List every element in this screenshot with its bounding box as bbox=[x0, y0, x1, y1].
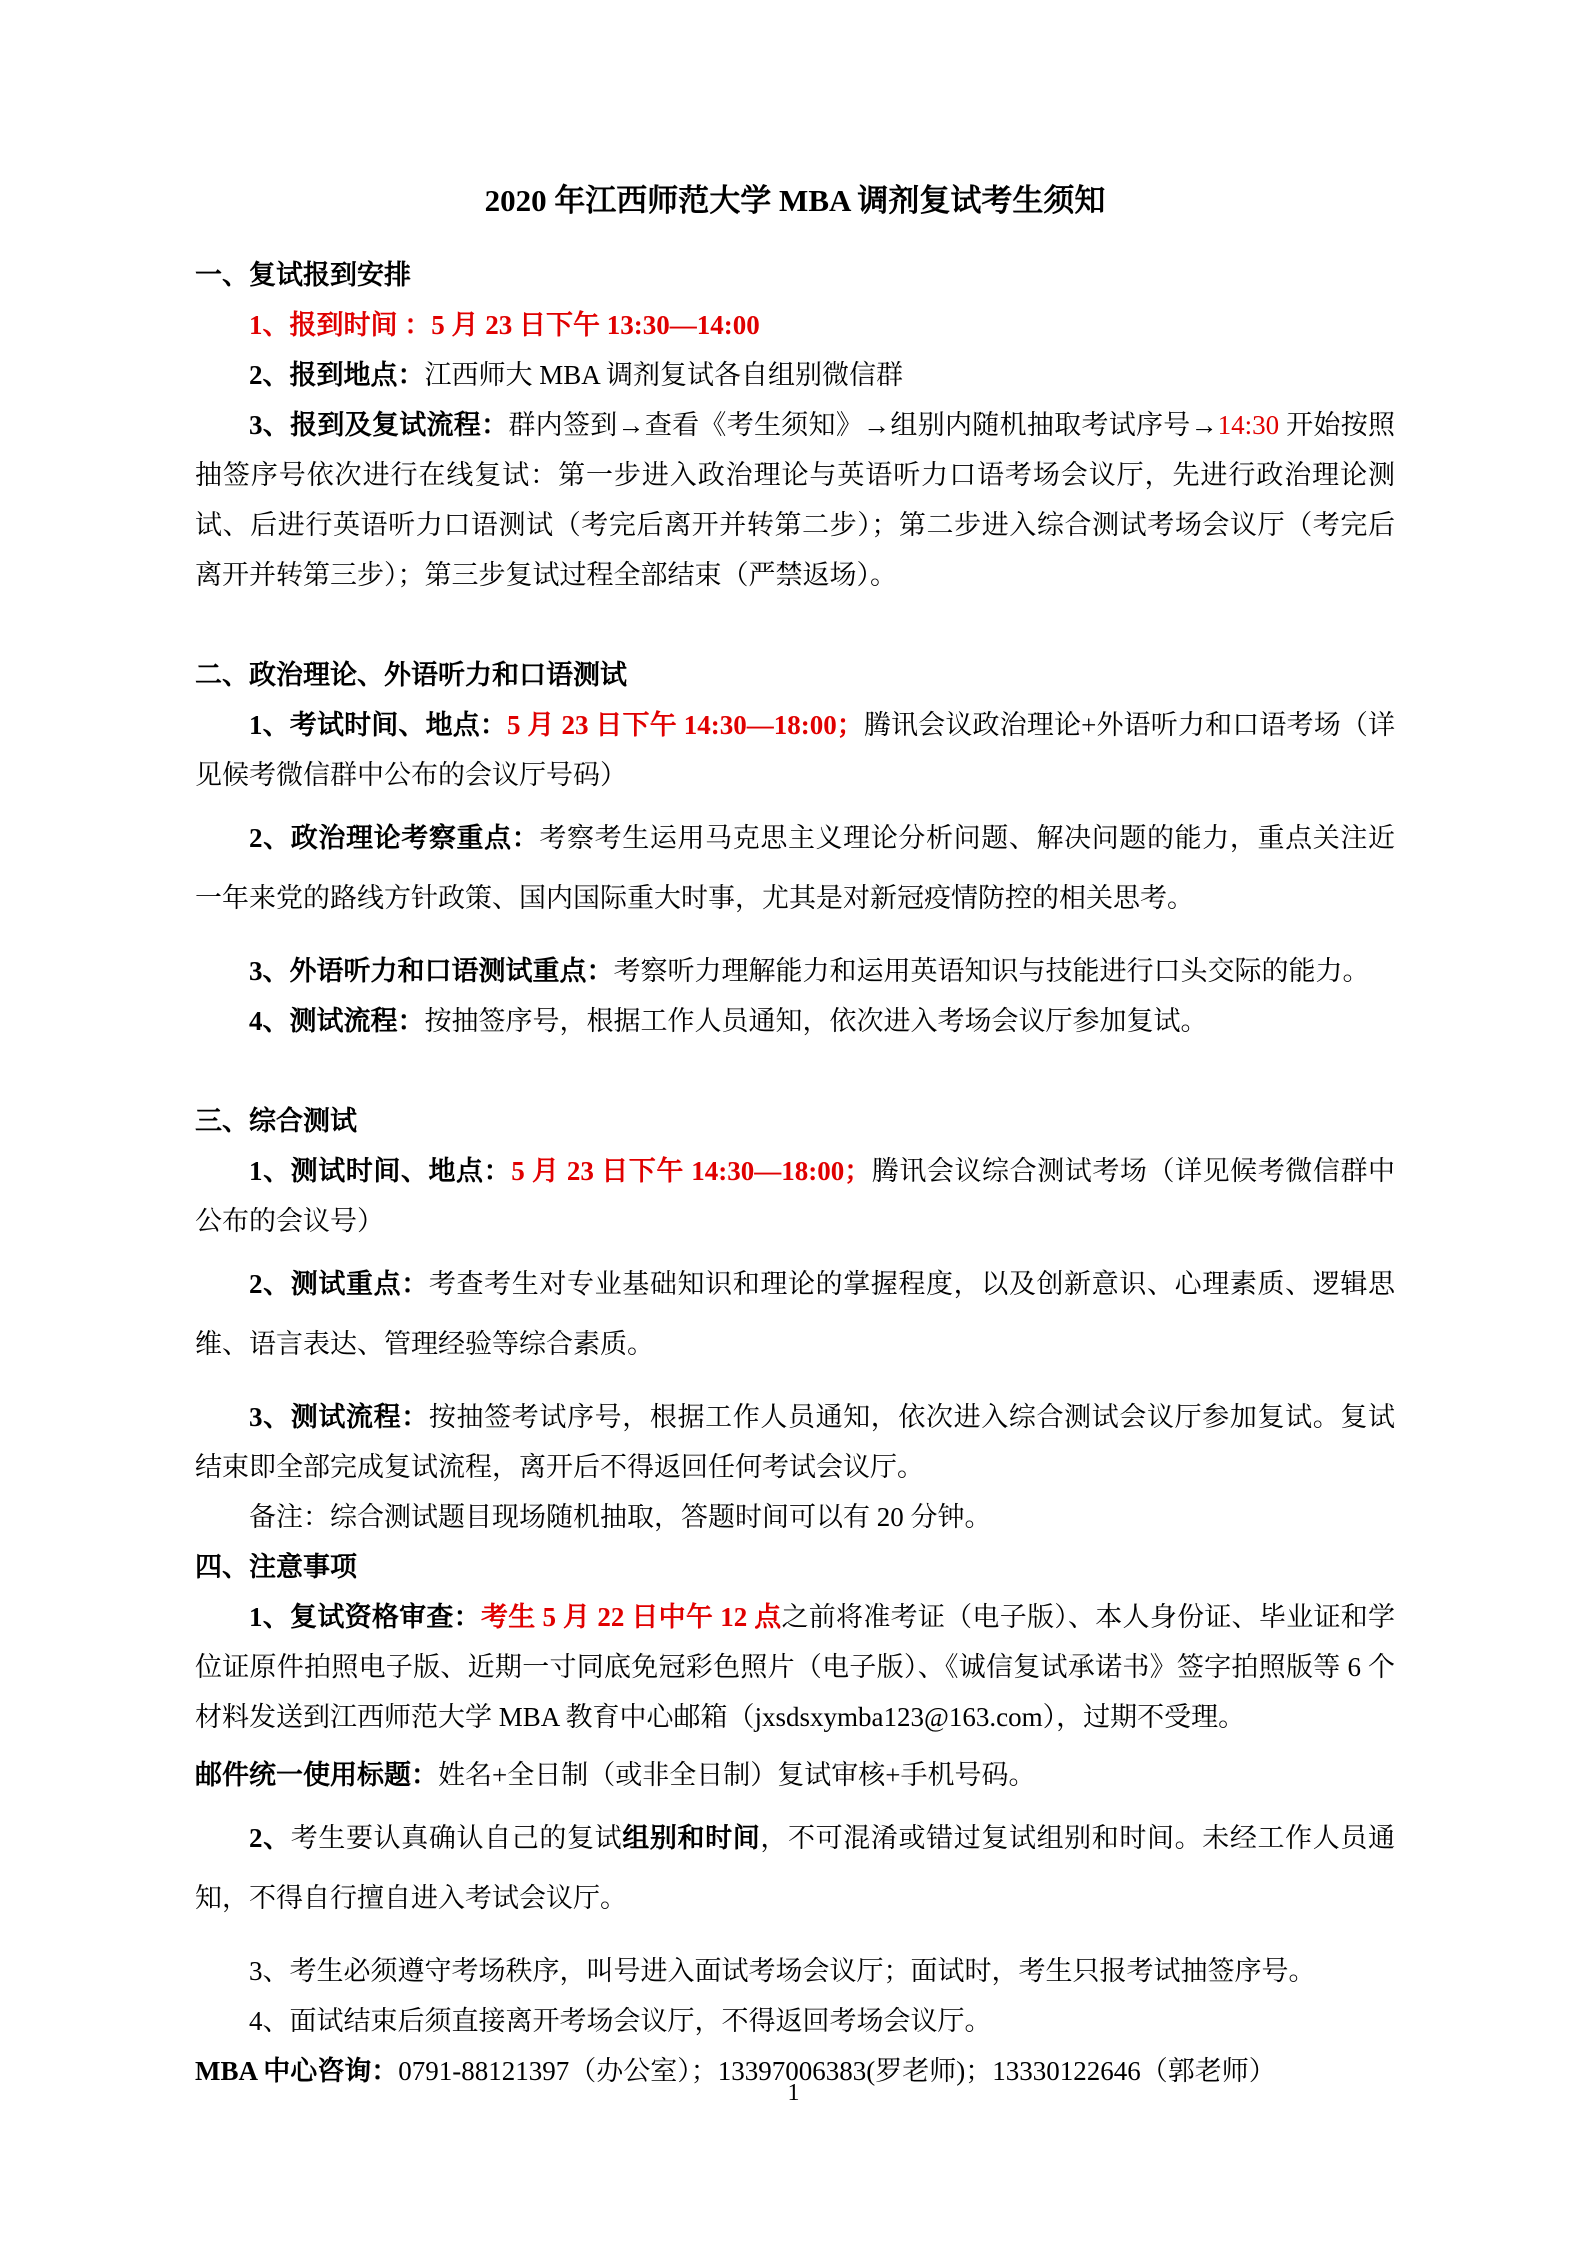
text-run: 二、政治理论、外语听力和口语测试 bbox=[195, 660, 627, 690]
section-3-item-2: 2、测试重点：考查考生对专业基础知识和理论的掌握程度，以及创新意识、心理素质、逻… bbox=[195, 1254, 1395, 1374]
text-run: 群内签到→查看《考生须知》→组别内随机抽取考试序号→ bbox=[508, 410, 1217, 440]
text-run: 3、报到及复试流程： bbox=[249, 410, 508, 440]
text-run: 2、测试重点： bbox=[249, 1269, 429, 1299]
text-run: 1、测试时间、地点： bbox=[249, 1156, 511, 1186]
text-run: 1、考试时间、地点： bbox=[249, 710, 507, 740]
section-3-note: 备注：综合测试题目现场随机抽取，答题时间可以有 20 分钟。 bbox=[195, 1492, 1395, 1542]
text-run: 4、面试结束后须直接离开考场会议厅，不得返回考场会议厅。 bbox=[249, 2006, 992, 2036]
text-run: 姓名+全日制（或非全日制）复试审核+手机号码。 bbox=[438, 1760, 1035, 1790]
text-run: 2、报到地点： bbox=[249, 360, 425, 390]
text-run: 考生要认真确认自己的复试 bbox=[291, 1823, 622, 1853]
text-run: 按抽签序号，根据工作人员通知，依次进入考场会议厅参加复试。 bbox=[425, 1006, 1208, 1036]
text-run: 四、注意事项 bbox=[195, 1552, 357, 1582]
section-3-item-3: 3、测试流程：按抽签考试序号，根据工作人员通知，依次进入综合测试会议厅参加复试。… bbox=[195, 1392, 1395, 1492]
section-3-item-1: 1、测试时间、地点：5 月 23 日下午 14:30—18:00；腾讯会议综合测… bbox=[195, 1146, 1395, 1246]
section-2-heading: 二、政治理论、外语听力和口语测试 bbox=[195, 650, 1395, 700]
section-1-item-3: 3、报到及复试流程：群内签到→查看《考生须知》→组别内随机抽取考试序号→14:3… bbox=[195, 400, 1395, 600]
text-run: 三、综合测试 bbox=[195, 1106, 357, 1136]
text-run: 2、政治理论考察重点： bbox=[249, 823, 539, 853]
text-run: 一、复试报到安排 bbox=[195, 260, 411, 290]
page-number: 1 bbox=[0, 2078, 1587, 2108]
text-run: 考生 5 月 22 日中午 12 点 bbox=[481, 1602, 782, 1632]
text-run: 邮件统一使用标题： bbox=[195, 1760, 438, 1790]
text-run: 考察听力理解能力和运用英语知识与技能进行口头交际的能力。 bbox=[614, 956, 1370, 986]
section-4-mail-subject: 邮件统一使用标题：姓名+全日制（或非全日制）复试审核+手机号码。 bbox=[195, 1750, 1395, 1800]
text-run: 备注：综合测试题目现场随机抽取，答题时间可以有 20 分钟。 bbox=[249, 1502, 992, 1532]
text-run: 3、外语听力和口语测试重点： bbox=[249, 956, 614, 986]
section-4-heading: 四、注意事项 bbox=[195, 1542, 1395, 1592]
text-run: 3、考生必须遵守考场秩序，叫号进入面试考场会议厅；面试时，考生只报考试抽签序号。 bbox=[249, 1956, 1316, 1986]
section-4-item-3: 3、考生必须遵守考场秩序，叫号进入面试考场会议厅；面试时，考生只报考试抽签序号。 bbox=[195, 1946, 1395, 1996]
text-run: 1、复试资格审查： bbox=[249, 1602, 481, 1632]
section-4-item-2: 2、考生要认真确认自己的复试组别和时间，不可混淆或错过复试组别和时间。未经工作人… bbox=[195, 1808, 1395, 1928]
text-run: 组别和时间 bbox=[622, 1823, 760, 1853]
text-run: 14:30 bbox=[1218, 410, 1287, 440]
document-body: 一、复试报到安排1、报到时间 ：5 月 23 日下午 13:30—14:002、… bbox=[195, 250, 1395, 2096]
section-1-heading: 一、复试报到安排 bbox=[195, 250, 1395, 300]
text-run: 1、报到时间 ：5 月 23 日下午 13:30—14:00 bbox=[249, 310, 760, 340]
text-run: 4、测试流程： bbox=[249, 1006, 425, 1036]
text-run: 5 月 23 日下午 14:30—18:00； bbox=[507, 710, 864, 740]
text-run: 3、测试流程： bbox=[249, 1402, 429, 1432]
section-2-item-2: 2、政治理论考察重点：考察考生运用马克思主义理论分析问题、解决问题的能力，重点关… bbox=[195, 808, 1395, 928]
section-1-item-1: 1、报到时间 ：5 月 23 日下午 13:30—14:00 bbox=[195, 300, 1395, 350]
section-2-item-1: 1、考试时间、地点：5 月 23 日下午 14:30—18:00；腾讯会议政治理… bbox=[195, 700, 1395, 800]
section-3-heading: 三、综合测试 bbox=[195, 1096, 1395, 1146]
text-run: 江西师大 MBA 调剂复试各自组别微信群 bbox=[425, 360, 904, 390]
document-page: 2020 年江西师范大学 MBA 调剂复试考生须知 一、复试报到安排1、报到时间… bbox=[0, 0, 1587, 2245]
section-2-item-3: 3、外语听力和口语测试重点：考察听力理解能力和运用英语知识与技能进行口头交际的能… bbox=[195, 946, 1395, 996]
document-title: 2020 年江西师范大学 MBA 调剂复试考生须知 bbox=[195, 178, 1395, 224]
section-1-item-2: 2、报到地点：江西师大 MBA 调剂复试各自组别微信群 bbox=[195, 350, 1395, 400]
section-4-item-4: 4、面试结束后须直接离开考场会议厅，不得返回考场会议厅。 bbox=[195, 1996, 1395, 2046]
section-2-item-4: 4、测试流程：按抽签序号，根据工作人员通知，依次进入考场会议厅参加复试。 bbox=[195, 996, 1395, 1046]
text-run: 2、 bbox=[249, 1823, 291, 1853]
text-run: 5 月 23 日下午 14:30—18:00； bbox=[511, 1156, 871, 1186]
section-4-item-1: 1、复试资格审查：考生 5 月 22 日中午 12 点之前将准考证（电子版）、本… bbox=[195, 1592, 1395, 1742]
